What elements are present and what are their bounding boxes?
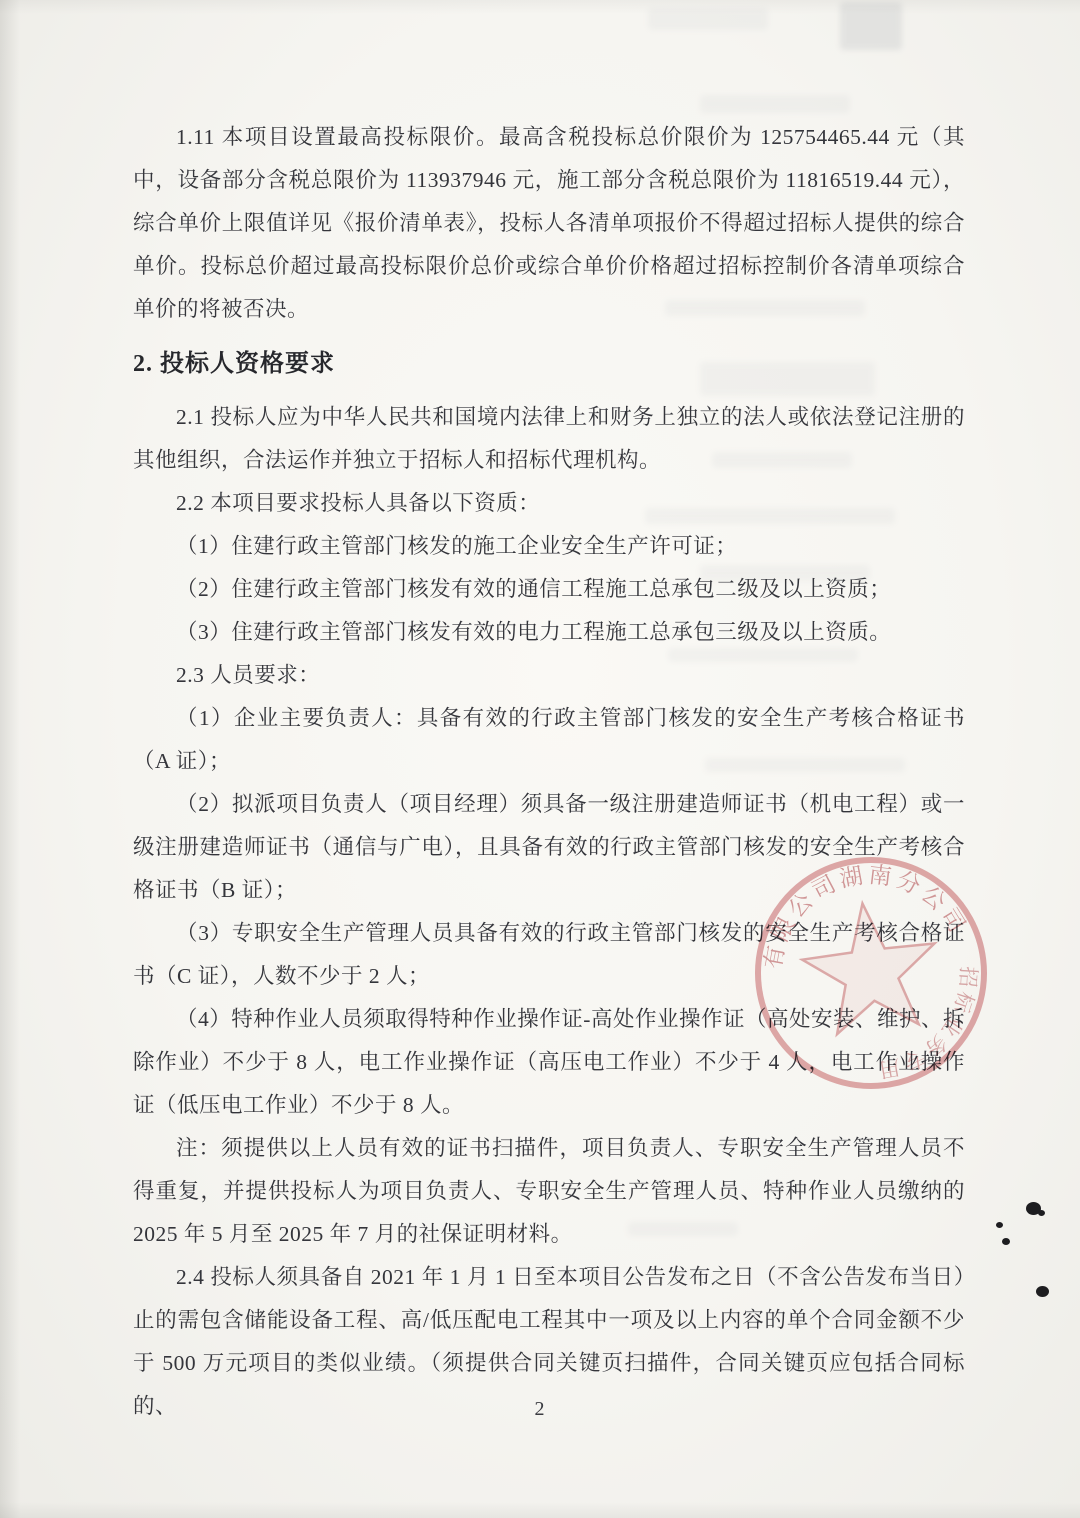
ink-speck xyxy=(996,1222,1003,1228)
scanned-document-page: { "document": { "type": "scanned tender … xyxy=(0,0,1080,1518)
personnel-item-2: （2）拟派项目负责人（项目经理）须具备一级注册建造师证书（机电工程）或一级注册建… xyxy=(133,783,965,912)
bleed-through-smudge xyxy=(648,8,768,30)
paragraph-2-3: 2.3 人员要求： xyxy=(133,654,965,697)
personnel-item-4: （4）特种作业人员须取得特种作业操作证-高处作业操作证（高处安装、维护、拆除作业… xyxy=(133,998,965,1127)
paragraph-2-1: 2.1 投标人应为中华人民共和国境内法律上和财务上独立的法人或依法登记注册的其他… xyxy=(133,396,965,482)
scan-edge-shadow-bottom xyxy=(0,1502,1080,1518)
ink-speck xyxy=(1038,1210,1045,1216)
section-2-heading: 2. 投标人资格要求 xyxy=(133,341,965,387)
ink-speck xyxy=(1002,1238,1010,1245)
scan-edge-shadow-left xyxy=(0,0,20,1518)
personnel-item-1: （1）企业主要负责人：具备有效的行政主管部门核发的安全生产考核合格证书（A 证）… xyxy=(133,697,965,783)
paragraph-1-11: 1.11 本项目设置最高投标限价。最高含税投标总价限价为 125754465.4… xyxy=(133,116,965,331)
note-paragraph: 注：须提供以上人员有效的证书扫描件，项目负责人、专职安全生产管理人员不得重复，并… xyxy=(133,1127,965,1256)
qualification-item-2: （2）住建行政主管部门核发有效的通信工程施工总承包二级及以上资质； xyxy=(133,568,965,611)
ink-speck xyxy=(1036,1286,1049,1297)
ink-speck xyxy=(1026,1202,1041,1215)
document-text-column: 1.11 本项目设置最高投标限价。最高含税投标总价限价为 125754465.4… xyxy=(133,116,965,1428)
bleed-through-smudge xyxy=(840,2,902,50)
page-number: 2 xyxy=(0,1398,1080,1421)
scan-edge-shadow-top xyxy=(0,0,1080,14)
qualification-item-3: （3）住建行政主管部门核发有效的电力工程施工总承包三级及以上资质。 xyxy=(133,611,965,654)
bleed-through-smudge xyxy=(700,95,850,113)
qualification-item-1: （1）住建行政主管部门核发的施工企业安全生产许可证； xyxy=(133,525,965,568)
personnel-item-3: （3）专职安全生产管理人员具备有效的行政主管部门核发的安全生产考核合格证书（C … xyxy=(133,912,965,998)
paragraph-2-2: 2.2 本项目要求投标人具备以下资质： xyxy=(133,482,965,525)
